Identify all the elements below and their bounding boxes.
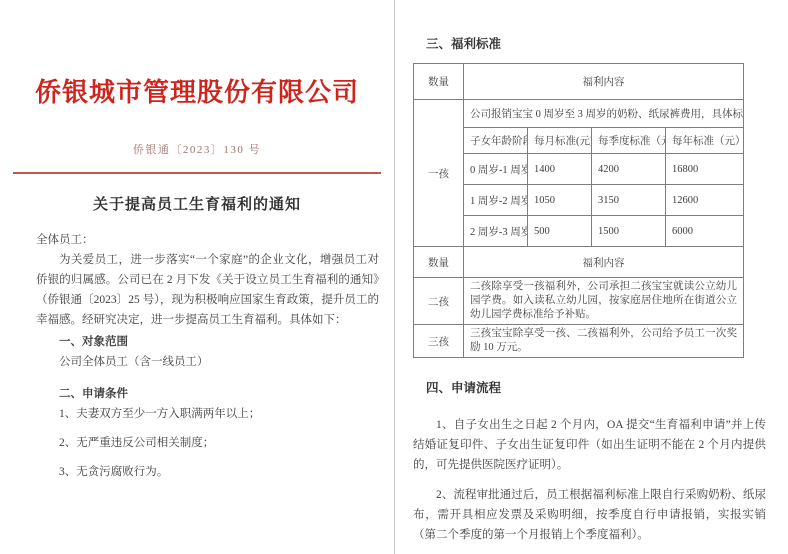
page-divider: [394, 0, 395, 554]
table-header-row-2: 数量 福利内容: [414, 247, 744, 278]
section-2-heading: 二、申请条件: [36, 384, 379, 404]
section-1-body: 公司全体员工（含一线员工）: [36, 352, 379, 372]
monthly-header: 每月标准(元): [528, 128, 592, 154]
process-paragraph-2: 2、流程审批通过后，员工根据福利标准上限自行采购奶粉、纸尿布，需开具相应发票及采…: [413, 485, 766, 545]
first-child-intro-row: 一孩 公司报销宝宝 0 周岁至 3 周岁的奶粉、纸尿裤费用，具体标准如下：: [414, 100, 744, 128]
yearly-cell: 6000: [666, 216, 744, 247]
third-child-label-cell: 三孩: [414, 325, 464, 358]
spacer: [36, 372, 379, 382]
first-child-label-cell: 一孩: [414, 100, 464, 247]
quarterly-cell: 1500: [592, 216, 666, 247]
condition-item-2: 2、无严重违反公司相关制度；: [36, 433, 379, 453]
benefits-table: 数量 福利内容 一孩 公司报销宝宝 0 周岁至 3 周岁的奶粉、纸尿裤费用，具体…: [413, 63, 744, 358]
yearly-header: 每年标准（元）: [666, 128, 744, 154]
quarterly-header: 每季度标准（元）: [592, 128, 666, 154]
age-cell: 2 周岁-3 周岁: [464, 216, 528, 247]
section-1-heading: 一、对象范围: [36, 332, 379, 352]
table-row-third-child: 三孩 三孩宝宝除享受一孩、二孩福利外，公司给予员工一次奖励 10 万元。: [414, 325, 744, 358]
yearly-cell: 12600: [666, 185, 744, 216]
condition-item-1: 1、夫妻双方至少一方入职满两年以上；: [36, 404, 379, 424]
age-cell: 0 周岁-1 周岁: [464, 154, 528, 185]
intro-paragraph: 为关爱员工，进一步落实“一个家庭”的企业文化，增强员工对侨银的归属感。公司已在 …: [36, 250, 379, 330]
table-row-second-child: 二孩 二孩除享受一孩福利外，公司承担二孩宝宝就读公立幼儿园学费。如入读私立幼儿园…: [414, 278, 744, 325]
condition-item-3: 3、无贪污腐败行为。: [36, 462, 379, 482]
page-left: 侨银城市管理股份有限公司 侨银通〔2023〕130 号 关于提高员工生育福利的通…: [0, 0, 394, 554]
quarterly-cell: 3150: [592, 185, 666, 216]
table-row-age-0-1: 0 周岁-1 周岁 1400 4200 16800: [414, 154, 744, 185]
content-header-cell: 福利内容: [464, 247, 744, 278]
process-paragraph-1: 1、自子女出生之日起 2 个月内，OA 提交“生育福利申请”并上传结婚证复印件、…: [413, 415, 766, 475]
table-row-age-2-3: 2 周岁-3 周岁 500 1500 6000: [414, 216, 744, 247]
table-header-row-1: 数量 福利内容: [414, 64, 744, 100]
left-body: 全体员工： 为关爱员工，进一步落实“一个家庭”的企业文化，增强员工对侨银的归属感…: [36, 230, 379, 482]
age-cell: 1 周岁-2 周岁: [464, 185, 528, 216]
monthly-cell: 1400: [528, 154, 592, 185]
qty-header-cell: 数量: [414, 64, 464, 100]
third-child-content-cell: 三孩宝宝除享受一孩、二孩福利外，公司给予员工一次奖励 10 万元。: [464, 325, 744, 358]
section-3-heading: 三、福利标准: [426, 34, 788, 52]
notice-title: 关于提高员工生育福利的通知: [0, 193, 394, 214]
salutation: 全体员工：: [36, 230, 379, 250]
quarterly-cell: 4200: [592, 154, 666, 185]
inner-table-header-row: 子女年龄阶段 每月标准(元) 每季度标准（元） 每年标准（元）: [414, 128, 744, 154]
doc-number: 侨银通〔2023〕130 号: [0, 141, 394, 157]
yearly-cell: 16800: [666, 154, 744, 185]
qty-header-cell: 数量: [414, 247, 464, 278]
company-title: 侨银城市管理股份有限公司: [8, 72, 386, 109]
content-header-cell: 福利内容: [464, 64, 744, 100]
first-child-intro-cell: 公司报销宝宝 0 周岁至 3 周岁的奶粉、纸尿裤费用，具体标准如下：: [464, 100, 744, 128]
monthly-cell: 500: [528, 216, 592, 247]
second-child-content-cell: 二孩除享受一孩福利外，公司承担二孩宝宝就读公立幼儿园学费。如入读私立幼儿园，按家…: [464, 278, 744, 325]
red-divider-rule: [13, 172, 381, 174]
second-child-label-cell: 二孩: [414, 278, 464, 325]
section-4-heading: 四、申请流程: [426, 378, 788, 396]
age-stage-header: 子女年龄阶段: [464, 128, 528, 154]
right-body: 1、自子女出生之日起 2 个月内，OA 提交“生育福利申请”并上传结婚证复印件、…: [413, 415, 766, 545]
table-row-age-1-2: 1 周岁-2 周岁 1050 3150 12600: [414, 185, 744, 216]
page-right: 三、福利标准 数量 福利内容 一孩 公司报销宝宝 0 周岁至 3 周岁的奶粉、纸…: [397, 0, 788, 554]
scanned-notice-document: { "colors": { "title_red": "#cf231c", "d…: [0, 0, 788, 554]
monthly-cell: 1050: [528, 185, 592, 216]
